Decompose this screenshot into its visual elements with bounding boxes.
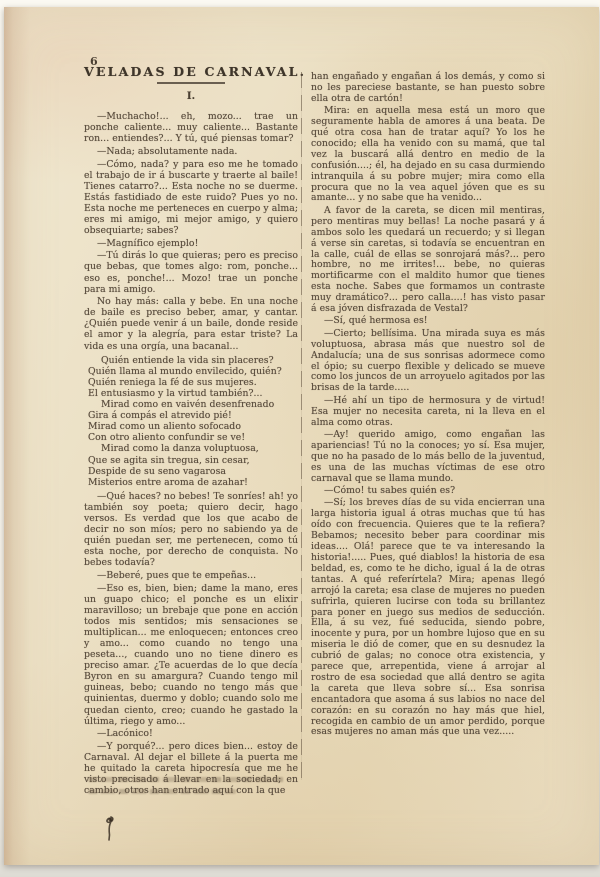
- showthrough-ghost-text: [88, 789, 236, 794]
- paragraph: —Eso es, bien, bien; dame la mano, eres …: [84, 583, 298, 727]
- verse-line: Que se agita sin tregua, sin cesar,: [88, 455, 298, 466]
- paragraph: —Sí; los breves días de su vida encierra…: [311, 498, 545, 738]
- paragraph: —Tú dirás lo que quieras; pero es precis…: [84, 250, 298, 294]
- ink-mark: [102, 815, 118, 841]
- paragraph: —Nada; absolutamente nada.: [84, 146, 298, 157]
- scanned-page: { "colors": { "paper": "#ebdfc3", "ink":…: [0, 0, 600, 877]
- verse-line: Quién entiende la vida sin placeres?: [88, 355, 298, 366]
- showthrough-ghost-text: [88, 777, 284, 782]
- title-rule: [157, 82, 225, 84]
- paragraph: Mira: en aquella mesa está un moro que s…: [311, 106, 545, 204]
- paragraph: —Sí, qué hermosa es!: [311, 316, 545, 327]
- paragraph: No hay más: calla y bebe. En una noche d…: [84, 296, 298, 351]
- paragraph: —Beberé, pues que te empeñas...: [84, 570, 298, 581]
- verse-line: Despide de su seno vagarosa: [88, 466, 298, 477]
- section-numeral: I.: [84, 91, 298, 102]
- verse-line: Gira á compás el atrevido pié!: [88, 410, 298, 421]
- paragraph: han engañado y engañan á los demás, y co…: [311, 72, 545, 105]
- verse-line: Misterios entre aroma de azahar!: [88, 477, 298, 488]
- verse-line: Con otro aliento confundir se ve!: [88, 432, 298, 443]
- verse-line: Mirad como la danza voluptuosa,: [88, 443, 298, 454]
- column-divider-rule: [301, 72, 302, 780]
- verse-line: Quién llama al mundo envilecido, quién?: [88, 366, 298, 377]
- paragraph: —Qué haces? no bebes! Te sonríes! ah! yo…: [84, 491, 298, 569]
- left-column: VELADAS DE CARNAVAL. I. —Muchacho!... eh…: [84, 66, 298, 798]
- paragraph: —Cierto; bellísima. Una mirada suya es m…: [311, 329, 545, 394]
- paragraph: —Muchacho!... eh, mozo... trae un ponche…: [84, 111, 298, 144]
- paragraph: —Hé ahí un tipo de hermosura y de virtud…: [311, 396, 545, 429]
- verse-block: Quién entiende la vida sin placeres? Qui…: [88, 355, 298, 488]
- binding-shadow: [4, 7, 30, 865]
- paragraph: —Magnífico ejemplo!: [84, 238, 298, 249]
- paragraph: —Cómo, nada? y para eso me he tomado el …: [84, 159, 298, 237]
- right-column: han engañado y engañan á los demás, y co…: [311, 72, 545, 740]
- paragraph: —Ay! querido amigo, como engañan las apa…: [311, 430, 545, 485]
- paragraph: A favor de la careta, se dicen mil menti…: [311, 206, 545, 315]
- paragraph: —Y porqué?... pero dices bien... estoy d…: [84, 741, 298, 796]
- verse-line: Quién reniega la fé de sus mujeres.: [88, 377, 298, 388]
- paragraph: —Lacónico!: [84, 728, 298, 739]
- paragraph: —Cómo! tu sabes quién es?: [311, 486, 545, 497]
- verse-line: Mirad como en vaivén desenfrenado: [88, 399, 298, 410]
- article-title: VELADAS DE CARNAVAL.: [84, 66, 298, 77]
- verse-line: El entusiasmo y la virtud también?...: [88, 388, 298, 399]
- verse-line: Mirad como un aliento sofocado: [88, 421, 298, 432]
